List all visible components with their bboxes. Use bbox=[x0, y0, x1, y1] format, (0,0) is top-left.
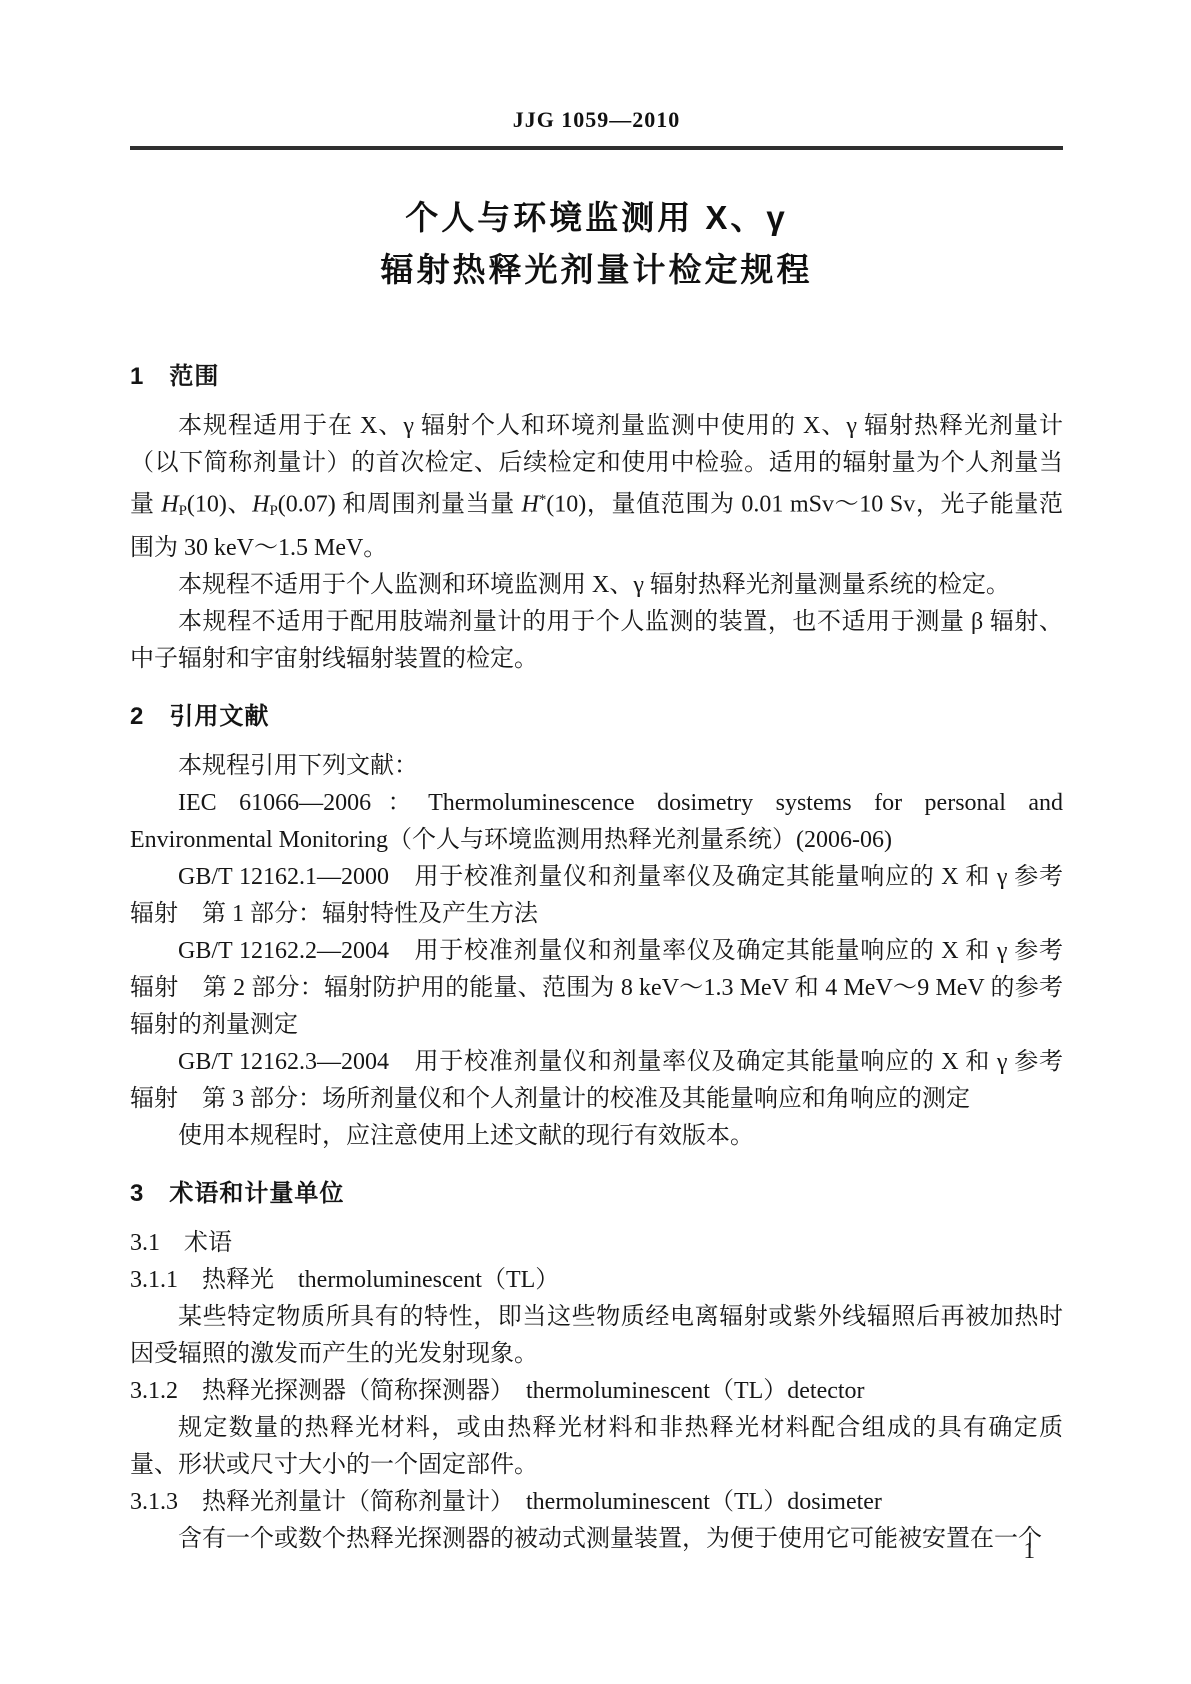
symbol-H: H bbox=[161, 491, 178, 517]
header-rule bbox=[130, 146, 1063, 150]
section-3-heading: 3 术语和计量单位 bbox=[130, 1179, 1063, 1209]
subsection-3-1-heading: 3.1 术语 bbox=[130, 1225, 1063, 1262]
scope-p1-seg3: (0.07) 和周围剂量当量 bbox=[278, 491, 522, 517]
reference-gbt-12162-2: GB/T 12162.2—2004 用于校准剂量仪和剂量率仪及确定其能量响应的 … bbox=[130, 933, 1063, 1044]
subscript-P: P bbox=[179, 503, 187, 519]
subscript-P: P bbox=[270, 503, 278, 519]
term-3-1-1-heading: 3.1.1 热释光 thermoluminescent（TL） bbox=[130, 1262, 1063, 1299]
document-title: 个人与环境监测用 X、γ 辐射热释光剂量计检定规程 bbox=[130, 192, 1063, 296]
scope-p1-seg2: (10)、 bbox=[187, 491, 252, 517]
term-3-1-1-definition: 某些特定物质所具有的特性，即当这些物质经电离辐射或紫外线辐照后再被加热时因受辐照… bbox=[130, 1299, 1063, 1373]
term-3-1-2-definition: 规定数量的热释光材料，或由热释光材料和非热释光材料配合组成的具有确定质量、形状或… bbox=[130, 1410, 1063, 1484]
term-3-1-2-heading: 3.1.2 热释光探测器（简称探测器） thermoluminescent（TL… bbox=[130, 1373, 1063, 1410]
symbol-H: H bbox=[252, 491, 269, 517]
term-3-1-3-definition: 含有一个或数个热释光探测器的被动式测量装置，为便于使用它可能被安置在一个 bbox=[130, 1521, 1063, 1558]
reference-gbt-12162-1: GB/T 12162.1—2000 用于校准剂量仪和剂量率仪及确定其能量响应的 … bbox=[130, 859, 1063, 933]
scope-paragraph-3: 本规程不适用于配用肢端剂量计的用于个人监测的装置，也不适用于测量 β 辐射、中子… bbox=[130, 604, 1063, 678]
references-note: 使用本规程时，应注意使用上述文献的现行有效版本。 bbox=[130, 1118, 1063, 1155]
reference-iec-61066: IEC 61066—2006：Thermoluminescence dosime… bbox=[130, 785, 1063, 859]
scope-paragraph-2: 本规程不适用于个人监测和环境监测用 X、γ 辐射热释光剂量测量系统的检定。 bbox=[130, 567, 1063, 604]
scope-paragraph-1: 本规程适用于在 X、γ 辐射个人和环境剂量监测中使用的 X、γ 辐射热释光剂量计… bbox=[130, 408, 1063, 567]
section-1-heading: 1 范围 bbox=[130, 362, 1063, 392]
page-number: 1 bbox=[1024, 1538, 1036, 1564]
document-page: JJG 1059—2010 个人与环境监测用 X、γ 辐射热释光剂量计检定规程 … bbox=[0, 0, 1191, 1684]
page-content: JJG 1059—2010 个人与环境监测用 X、γ 辐射热释光剂量计检定规程 … bbox=[130, 106, 1063, 1558]
document-title-line2: 辐射热释光剂量计检定规程 bbox=[130, 244, 1063, 296]
references-intro: 本规程引用下列文献： bbox=[130, 748, 1063, 785]
reference-gbt-12162-3: GB/T 12162.3—2004 用于校准剂量仪和剂量率仪及确定其能量响应的 … bbox=[130, 1044, 1063, 1118]
section-2-heading: 2 引用文献 bbox=[130, 702, 1063, 732]
symbol-H: H bbox=[521, 491, 538, 517]
document-title-line1: 个人与环境监测用 X、γ bbox=[130, 192, 1063, 244]
document-code-header: JJG 1059—2010 bbox=[130, 106, 1063, 134]
term-3-1-3-heading: 3.1.3 热释光剂量计（简称剂量计） thermoluminescent（TL… bbox=[130, 1484, 1063, 1521]
